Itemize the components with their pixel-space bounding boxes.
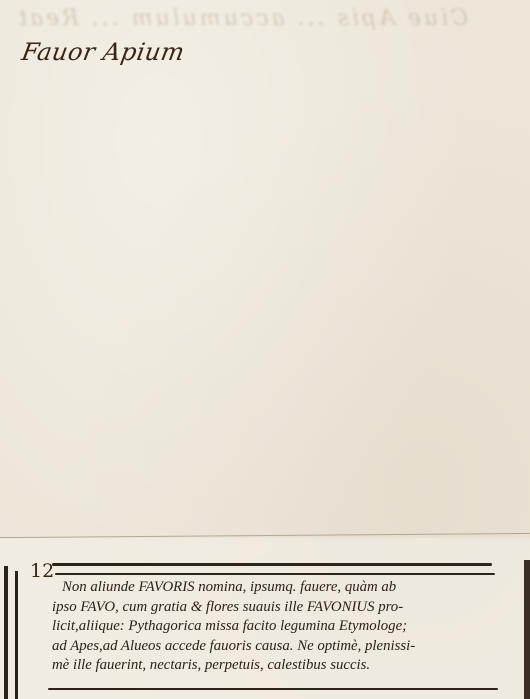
document-page: Ciue Apis ... accumulum ... Reat Fauor A… [0, 0, 530, 699]
text-line: ad Apes,ad Alueos accede fauoris causa. … [52, 637, 502, 657]
left-inner-bar [15, 571, 18, 699]
left-outer-bar [4, 566, 8, 699]
text-line: Non aliunde FAVORIS nomina, ipsumq. faue… [52, 578, 502, 598]
text-line: mè ille fauerint, nectaris, perpetuis, c… [52, 656, 502, 676]
bleed-through-text: Ciue Apis ... accumulum ... Reat [28, 6, 468, 31]
handwritten-heading: Fauor Apium [20, 38, 187, 66]
text-line: ipso FAVO, cum gratia & flores suauis il… [52, 598, 502, 618]
top-rule-thick [52, 563, 492, 566]
top-rule-thin [55, 573, 495, 575]
text-line: licit,aliique: Pythagorica missa facito … [52, 617, 502, 637]
printed-text-block: Non aliunde FAVORIS nomina, ipsumq. faue… [52, 578, 502, 676]
right-bar [524, 560, 530, 699]
margin-number: 12 [30, 560, 54, 582]
bottom-rule [48, 688, 498, 690]
